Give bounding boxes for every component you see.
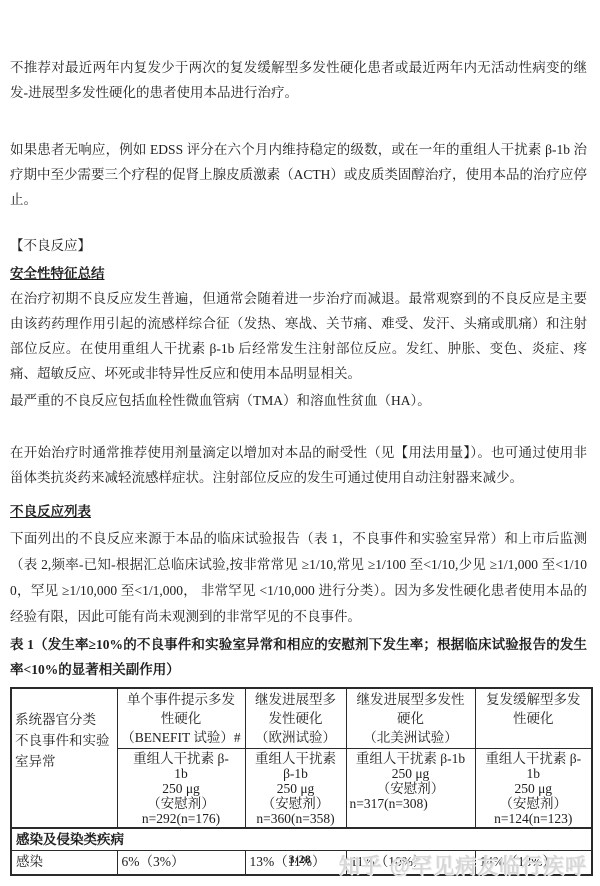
document-content: 不推荐对最近两年内复发少于两次的复发缓解型多发性硬化患者或最近两年内无活动性病变… xyxy=(0,0,600,876)
intro-paragraph-2: 如果患者无响应，例如 EDSS 评分在六个月内维持稳定的级数，或在一年的重组人干… xyxy=(10,137,587,212)
trial-header-cell-europe: 继发进展型多 发性硬化 （欧洲试验） xyxy=(245,688,346,749)
table-header-trial-row: 系统器官分类 不良事件和实验室异常 单个事件提示多发 性硬化 （BENEFIT … xyxy=(11,688,592,749)
table-section-row: 感染及侵染类疾病 xyxy=(11,828,592,851)
zhihu-watermark: 知乎 @罕见病友临行疾呼 xyxy=(339,850,587,880)
section-row-infections: 感染及侵染类疾病 xyxy=(11,828,592,851)
treatment-header-cell-rrms: 重组人干扰素 β- 1b 250 μg （安慰剂） n=124(n=123) xyxy=(475,749,592,829)
treatment-header-cell-europe: 重组人干扰素 β-1b 250 μg （安慰剂） n=360(n=358) xyxy=(245,749,346,829)
trial-header-cell-north-america: 继发进展型多发性 硬化 （北美洲试验） xyxy=(346,688,475,749)
treatment-n-count: n=317(n=308) xyxy=(350,796,472,811)
treatment-header-text: 重组人干扰素 β-1b 250 μg （安慰剂） xyxy=(356,751,465,796)
safety-paragraph-1: 在治疗初期不良反应发生普遍，但通常会随着进一步治疗而减退。最常观察到的不良反应是… xyxy=(10,286,587,386)
trial-header-cell-rrms: 复发缓解型多发 性硬化 xyxy=(475,688,592,749)
row-header-cell: 系统器官分类 不良事件和实验室异常 xyxy=(11,688,117,828)
treatment-header-cell-benefit: 重组人干扰素 β- 1b 250 μg （安慰剂） n=292(n=176) xyxy=(117,749,245,829)
table1-caption: 表 1（发生率≥10%的不良事件和实验室异常和相应的安慰剂下发生率；根据临床试验… xyxy=(10,632,587,682)
intro-paragraph-1: 不推荐对最近两年内复发少于两次的复发缓解型多发性硬化患者或最近两年内无活动性病变… xyxy=(10,55,587,105)
document-page: 不推荐对最近两年内复发少于两次的复发缓解型多发性硬化患者或最近两年内无活动性病变… xyxy=(0,0,600,886)
safety-paragraph-2: 最严重的不良反应包括血栓性微血管病（TMA）和溶血性贫血（HA）。 xyxy=(10,388,587,413)
adverse-events-table: 系统器官分类 不良事件和实验室异常 单个事件提示多发 性硬化 （BENEFIT … xyxy=(10,687,593,876)
treatment-header-cell-north-america: 重组人干扰素 β-1b 250 μg （安慰剂）n=317(n=308) xyxy=(346,749,475,829)
trial-header-cell-benefit: 单个事件提示多发 性硬化 （BENEFIT 试验）# xyxy=(117,688,245,749)
adverse-list-paragraph: 下面列出的不良反应来源于本品的临床试验报告（表 1，不良事件和实验室异常）和上市… xyxy=(10,526,587,630)
section-heading-adverse-reactions: 【不良反应】 xyxy=(10,233,587,258)
heading-safety-summary: 安全性特征总结 xyxy=(10,261,587,286)
safety-paragraph-3: 在开始治疗时通常推荐使用剂量滴定以增加对本品的耐受性（见【用法用量】）。也可通过… xyxy=(10,440,587,490)
heading-adverse-reaction-list: 不良反应列表 xyxy=(10,499,587,524)
